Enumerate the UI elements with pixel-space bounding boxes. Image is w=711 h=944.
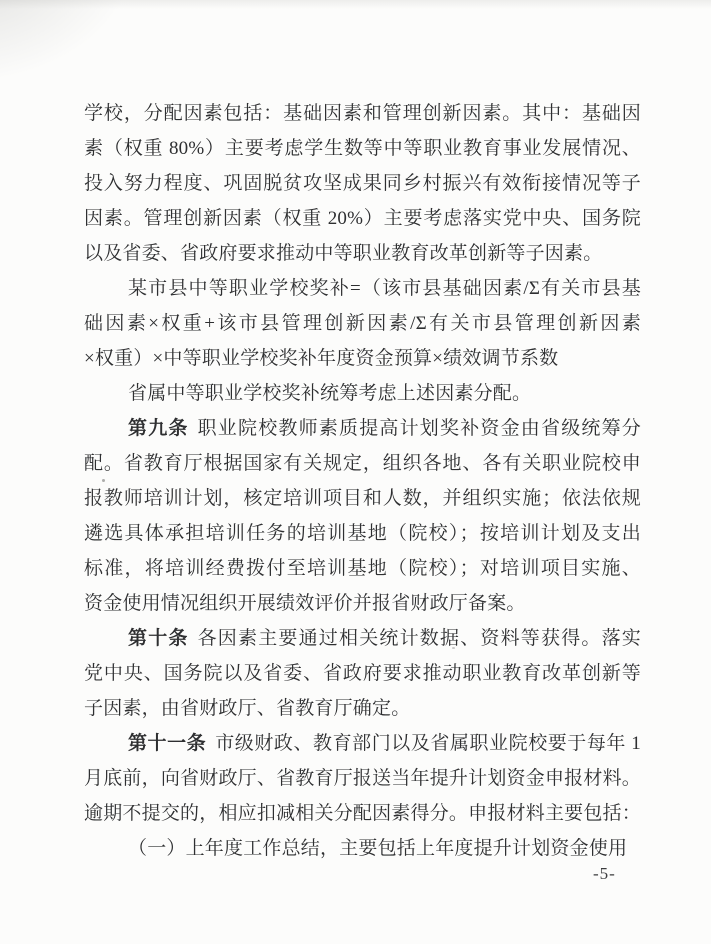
line-text: 职业院校教师素质提高计划奖补资金由省级统筹分 — [198, 418, 641, 439]
line-text: 市级财政、教育部门以及省属职业院校要于每年 1 — [215, 733, 641, 754]
line-text: 学校，分配因素包括：基础因素和管理创新因素。其中：基础因 — [84, 103, 641, 124]
line-text: 子因素，由省财政厅、省教育厅确定。 — [84, 698, 410, 719]
line-text: 素（权重 80%）主要考虑学生数等中等职业教育事业发展情况、 — [84, 138, 641, 159]
line-text: 各因素主要通过相关统计数据、资料等获得。落实 — [198, 628, 641, 649]
text-line: 第十一条市级财政、教育部门以及省属职业院校要于每年 1 — [84, 726, 641, 761]
line-text: 党中央、国务院以及省委、省政府要求推动职业教育改革创新等 — [84, 663, 641, 684]
line-text: 配。省教育厅根据国家有关规定，组织各地、各有关职业院校申 — [84, 453, 641, 474]
text-line: 素（权重 80%）主要考虑学生数等中等职业教育事业发展情况、 — [84, 131, 641, 166]
text-line: 省属中等职业学校奖补统筹考虑上述因素分配。 — [84, 376, 641, 411]
text-line: 因素。管理创新因素（权重 20%）主要考虑落实党中央、国务院 — [84, 201, 641, 236]
line-text: 因素。管理创新因素（权重 20%）主要考虑落实党中央、国务院 — [84, 208, 641, 229]
text-line: 第十条各因素主要通过相关统计数据、资料等获得。落实 — [84, 621, 641, 656]
text-line: 资金使用情况组织开展绩效评价并报省财政厅备案。 — [84, 586, 641, 621]
line-text: 以及省委、省政府要求推动中等职业教育改革创新等子因素。 — [84, 243, 602, 264]
article-number: 第十一条 — [128, 733, 206, 754]
line-text: 逾期不提交的，相应扣减相关分配因素得分。申报材料主要包括： — [84, 803, 641, 824]
article-number: 第十条 — [128, 628, 189, 649]
text-line: 某市县中等职业学校奖补=（该市县基础因素/Σ有关市县基 — [84, 271, 641, 306]
article-number: 第九条 — [128, 418, 189, 439]
line-text: 标准，将培训经费拨付至培训基地（院校）；对培训项目实施、 — [84, 558, 641, 579]
line-text: 投入努力程度、巩固脱贫攻坚成果同乡村振兴有效衔接情况等子 — [84, 173, 641, 194]
line-text: 础因素×权重+该市县管理创新因素/Σ有关市县管理创新因素 — [84, 313, 641, 334]
text-line: 以及省委、省政府要求推动中等职业教育改革创新等子因素。 — [84, 236, 641, 271]
text-line: 配。省教育厅根据国家有关规定，组织各地、各有关职业院校申 — [84, 446, 641, 481]
line-text: 资金使用情况组织开展绩效评价并报省财政厅备案。 — [84, 593, 526, 614]
text-line: ×权重）×中等职业学校奖补年度资金预算×绩效调节系数 — [84, 341, 641, 376]
text-line: 子因素，由省财政厅、省教育厅确定。 — [84, 691, 641, 726]
text-line: 党中央、国务院以及省委、省政府要求推动职业教育改革创新等 — [84, 656, 641, 691]
line-text: 遴选具体承担培训任务的培训基地（院校）；按培训计划及支出 — [84, 523, 641, 544]
text-line: 础因素×权重+该市县管理创新因素/Σ有关市县管理创新因素 — [84, 306, 641, 341]
line-text: ×权重）×中等职业学校奖补年度资金预算×绩效调节系数 — [84, 348, 558, 369]
text-line: 逾期不提交的，相应扣减相关分配因素得分。申报材料主要包括： — [84, 796, 641, 831]
line-text: 省属中等职业学校奖补统筹考虑上述因素分配。 — [128, 383, 531, 404]
scan-artifact-dot — [102, 479, 105, 482]
line-text: 月底前，向省财政厅、省教育厅报送当年提升计划资金申报材料。 — [84, 768, 641, 789]
text-line: 学校，分配因素包括：基础因素和管理创新因素。其中：基础因 — [84, 96, 641, 131]
text-line: 投入努力程度、巩固脱贫攻坚成果同乡村振兴有效衔接情况等子 — [84, 166, 641, 201]
text-line: （一）上年度工作总结，主要包括上年度提升计划资金使用 — [84, 831, 641, 866]
line-text: 某市县中等职业学校奖补=（该市县基础因素/Σ有关市县基 — [128, 278, 641, 299]
line-text: （一）上年度工作总结，主要包括上年度提升计划资金使用 — [128, 838, 627, 859]
text-line: 报教师培训计划，核定培训项目和人数，并组织实施；依法依规 — [84, 481, 641, 516]
text-line: 第九条职业院校教师素质提高计划奖补资金由省级统筹分 — [84, 411, 641, 446]
document-body: 学校，分配因素包括：基础因素和管理创新因素。其中：基础因素（权重 80%）主要考… — [84, 96, 641, 866]
scan-artifact-dot — [452, 647, 455, 649]
page-number: -5- — [593, 864, 616, 884]
text-line: 遴选具体承担培训任务的培训基地（院校）；按培训计划及支出 — [84, 516, 641, 551]
document-page: 学校，分配因素包括：基础因素和管理创新因素。其中：基础因素（权重 80%）主要考… — [0, 0, 711, 944]
text-line: 月底前，向省财政厅、省教育厅报送当年提升计划资金申报材料。 — [84, 761, 641, 796]
text-line: 标准，将培训经费拨付至培训基地（院校）；对培训项目实施、 — [84, 551, 641, 586]
line-text: 报教师培训计划，核定培训项目和人数，并组织实施；依法依规 — [84, 488, 641, 509]
